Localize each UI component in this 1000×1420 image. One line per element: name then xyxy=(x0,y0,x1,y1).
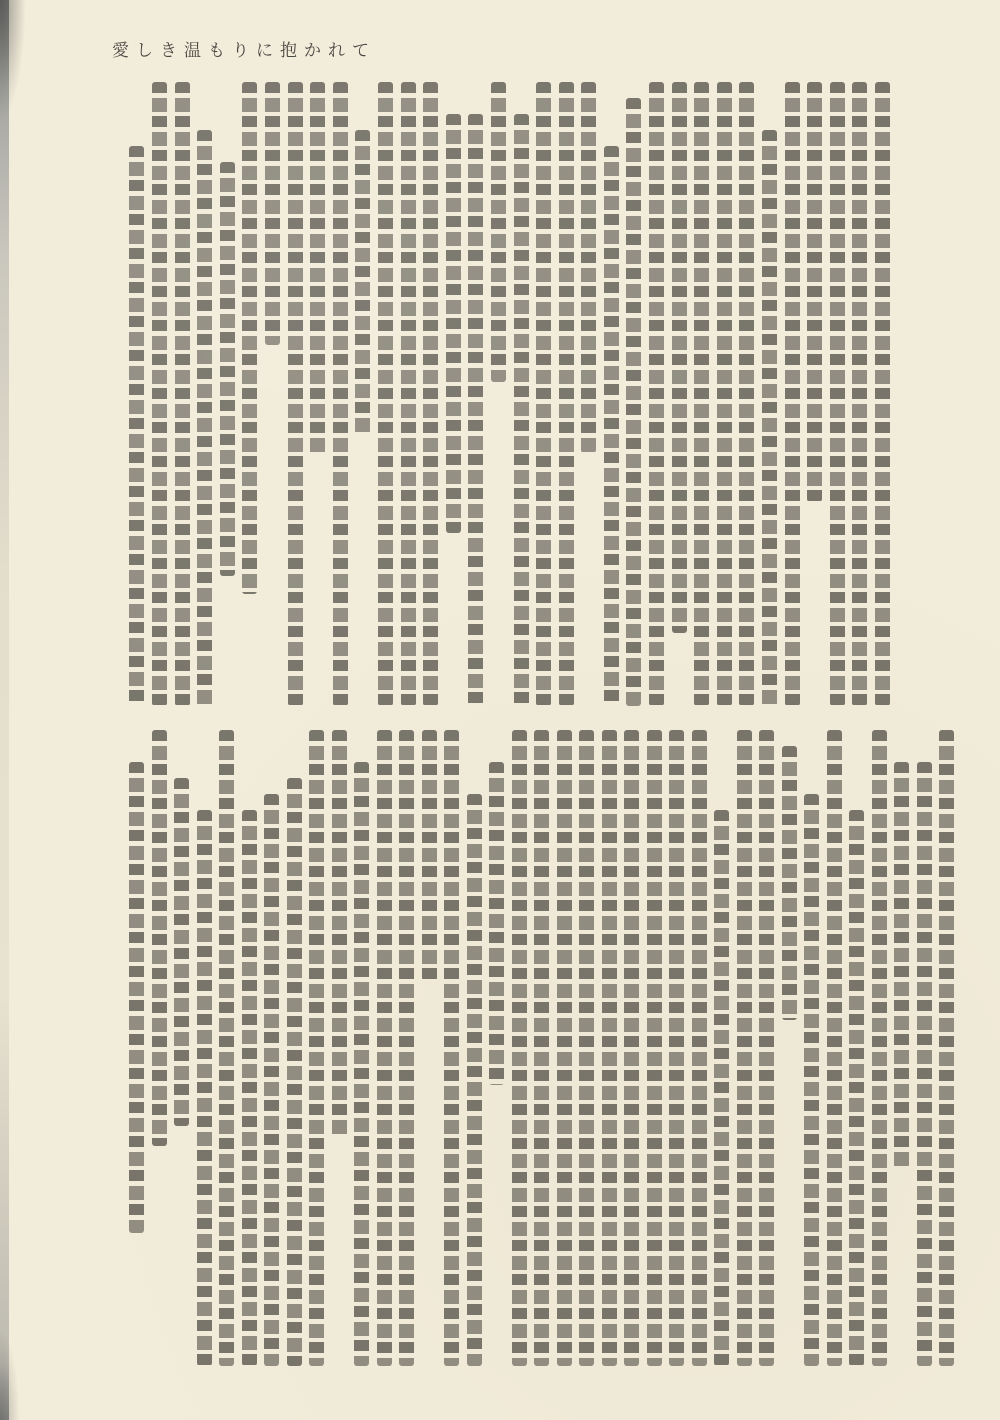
redacted-text-column xyxy=(852,82,867,706)
redacted-text-column xyxy=(830,82,845,706)
redacted-text-column xyxy=(399,730,414,1366)
redacted-text-column xyxy=(714,810,729,1366)
redacted-text-column xyxy=(152,730,167,1146)
redacted-text-column xyxy=(602,730,617,1366)
lower-text-block xyxy=(122,730,954,1366)
redacted-text-column xyxy=(827,730,842,1366)
redacted-text-column xyxy=(354,762,369,1366)
redacted-text-column xyxy=(717,82,732,706)
redacted-text-column xyxy=(377,730,392,1366)
redacted-text-column xyxy=(894,762,909,1168)
redacted-text-column xyxy=(333,82,348,706)
redacted-text-column xyxy=(807,82,822,502)
redacted-text-column xyxy=(422,730,437,981)
redacted-text-column xyxy=(423,82,438,706)
scan-edge-strip xyxy=(0,0,9,1420)
redacted-text-column xyxy=(559,82,574,706)
redacted-text-column xyxy=(514,114,529,706)
redacted-text-column xyxy=(489,762,504,1085)
redacted-text-column xyxy=(692,730,707,1366)
redacted-text-column xyxy=(310,82,325,455)
redacted-text-column xyxy=(875,82,890,706)
redacted-text-column xyxy=(197,810,212,1366)
redacted-text-column xyxy=(401,82,416,706)
redacted-text-column xyxy=(220,162,235,576)
redacted-text-column xyxy=(355,130,370,434)
redacted-text-column xyxy=(649,82,664,706)
redacted-text-column xyxy=(694,82,709,706)
redacted-text-column xyxy=(332,730,347,1137)
redacted-text-column xyxy=(242,810,257,1366)
upper-text-block xyxy=(122,82,890,706)
redacted-text-column xyxy=(468,114,483,706)
redacted-text-column xyxy=(129,146,144,706)
scan-corner-shadow xyxy=(0,0,26,120)
redacted-text-column xyxy=(624,730,639,1366)
redacted-text-column xyxy=(287,778,302,1366)
redacted-text-column xyxy=(939,730,954,1366)
redacted-text-column xyxy=(762,130,777,706)
redacted-text-column xyxy=(604,146,619,706)
redacted-text-column xyxy=(579,730,594,1366)
redacted-text-column xyxy=(265,82,280,345)
redacted-text-column xyxy=(129,762,144,1233)
redacted-text-column xyxy=(849,810,864,1366)
redacted-text-column xyxy=(917,762,932,1366)
redacted-text-column xyxy=(264,794,279,1366)
redacted-text-column xyxy=(557,730,572,1366)
redacted-text-column xyxy=(737,730,752,1366)
redacted-text-column xyxy=(242,82,257,594)
page-title: 愛しき温もりに抱かれて xyxy=(112,36,376,61)
redacted-text-column xyxy=(536,82,551,706)
redacted-text-column xyxy=(174,778,189,1126)
redacted-text-column xyxy=(581,82,596,453)
redacted-text-column xyxy=(309,730,324,1366)
redacted-text-column xyxy=(288,82,303,706)
redacted-text-column xyxy=(672,82,687,633)
redacted-text-column xyxy=(152,82,167,706)
redacted-text-column xyxy=(378,82,393,706)
redacted-text-column xyxy=(219,730,234,1366)
redacted-text-column xyxy=(446,114,461,533)
redacted-text-column xyxy=(647,730,662,1366)
redacted-text-column xyxy=(197,130,212,706)
redacted-text-column xyxy=(804,794,819,1366)
redacted-text-column xyxy=(467,794,482,1366)
redacted-text-column xyxy=(444,730,459,1366)
redacted-text-column xyxy=(785,82,800,706)
redacted-text-column xyxy=(491,82,506,382)
scan-corner-shadow-bottom xyxy=(0,1330,20,1420)
redacted-text-column xyxy=(175,82,190,706)
redacted-text-column xyxy=(739,82,754,706)
redacted-text-column xyxy=(669,730,684,1366)
redacted-text-column xyxy=(626,98,641,706)
redacted-text-column xyxy=(512,730,527,1366)
redacted-text-column xyxy=(782,746,797,1020)
redacted-text-column xyxy=(534,730,549,1366)
redacted-text-column xyxy=(872,730,887,1366)
redacted-text-column xyxy=(759,730,774,1366)
